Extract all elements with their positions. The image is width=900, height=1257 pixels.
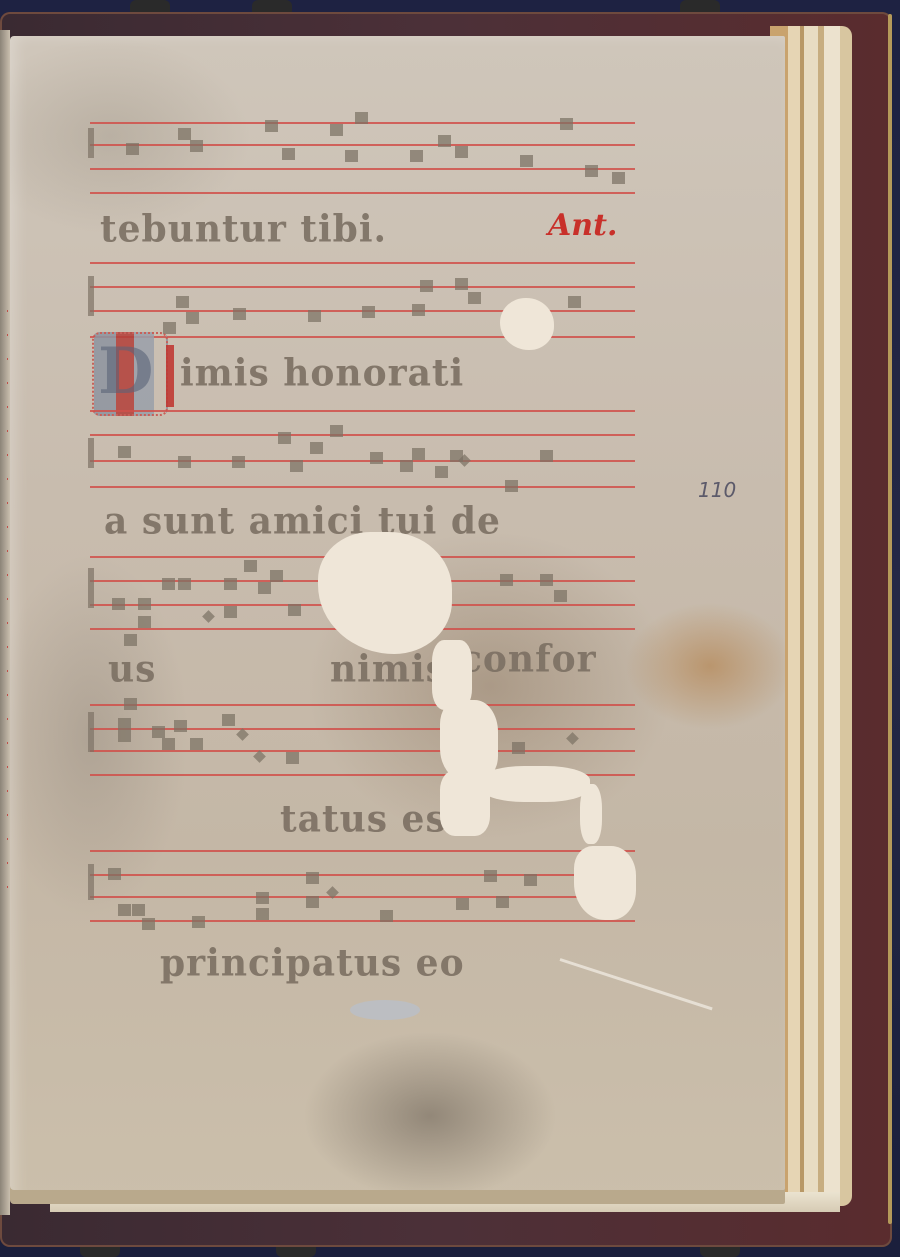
lyric-line-1: tebuntur tibi. — [100, 207, 387, 251]
staff-6 — [90, 850, 635, 930]
lyric-line-4c: confor — [460, 637, 597, 681]
folio-number: 110 — [698, 478, 736, 502]
facing-page-edge — [0, 30, 10, 1215]
damage-hole — [500, 298, 554, 350]
lyric-line-4a: us — [108, 647, 156, 691]
lyric-line-3: a sunt amici tui de — [104, 499, 501, 543]
rubric-antiphon: Ant. — [548, 208, 617, 243]
damage-hole — [574, 846, 636, 920]
staff-3 — [90, 410, 635, 490]
lyric-line-2: imis honorati — [180, 351, 464, 395]
lyric-line-5: tatus est — [280, 797, 464, 841]
parchment-stain — [350, 1000, 420, 1020]
staff-1 — [90, 122, 635, 202]
initial-red-stroke — [166, 345, 174, 407]
damage-hole — [580, 784, 602, 844]
lyric-line-6: principatus eo — [160, 941, 465, 985]
initial-letter: D — [98, 334, 154, 409]
binding-gilt-edge — [888, 14, 892, 1224]
damage-hole — [480, 766, 590, 802]
damage-hole — [440, 700, 498, 780]
